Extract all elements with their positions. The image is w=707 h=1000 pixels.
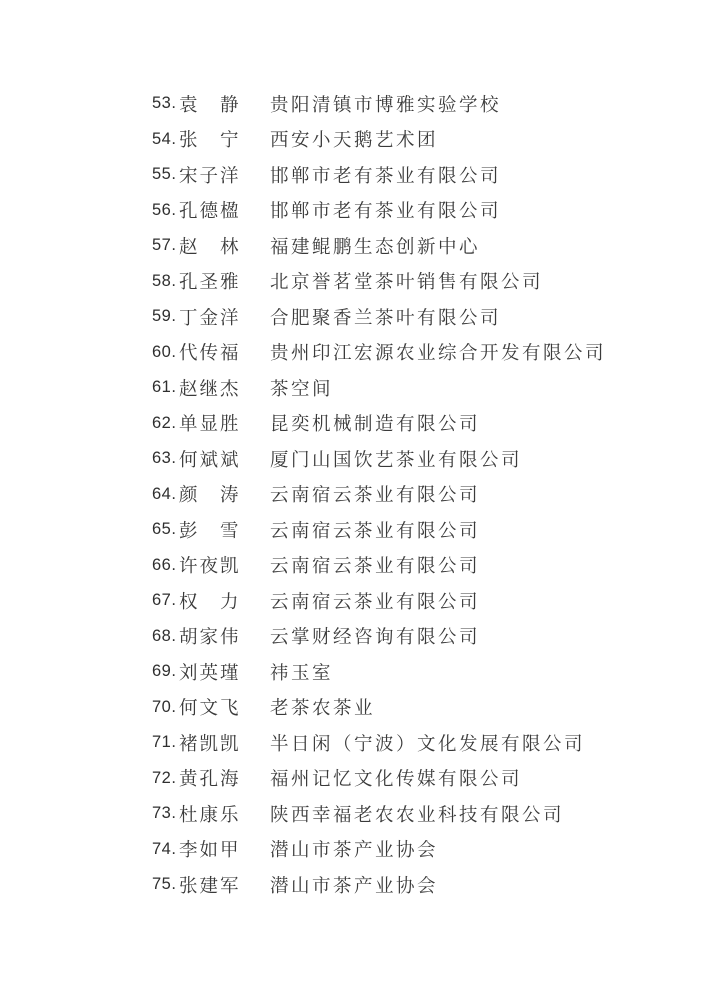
entry-organization: 合肥聚香兰茶叶有限公司 [270, 304, 501, 330]
list-item: 61. 赵继杰 茶空间 [152, 370, 667, 406]
entry-number: 54. [152, 130, 179, 149]
entry-name: 赵继杰 [179, 375, 270, 401]
entry-organization: 福州记忆文化传媒有限公司 [270, 765, 522, 791]
entry-organization: 潜山市茶产业协会 [270, 836, 438, 862]
entry-name: 杜康乐 [179, 801, 270, 827]
entry-organization: 邯郸市老有茶业有限公司 [270, 197, 501, 223]
entry-organization: 云南宿云茶业有限公司 [270, 588, 480, 614]
entry-number: 63. [152, 449, 179, 468]
list-item: 53. 袁 静 贵阳清镇市博雅实验学校 [152, 86, 667, 122]
entry-number: 75. [152, 875, 179, 894]
entry-organization: 云南宿云茶业有限公司 [270, 481, 480, 507]
entry-organization: 云南宿云茶业有限公司 [270, 552, 480, 578]
list-item: 64. 颜 涛 云南宿云茶业有限公司 [152, 477, 667, 513]
entry-number: 57. [152, 236, 179, 255]
entry-number: 58. [152, 272, 179, 291]
list-item: 73. 杜康乐 陕西幸福老农农业科技有限公司 [152, 796, 667, 832]
list-item: 54. 张 宁 西安小天鹅艺术团 [152, 122, 667, 158]
list-item: 72. 黄孔海 福州记忆文化传媒有限公司 [152, 761, 667, 797]
entry-name: 黄孔海 [179, 765, 270, 791]
entry-organization: 潜山市茶产业协会 [270, 872, 438, 898]
list-item: 69. 刘英瑾 祎玉室 [152, 654, 667, 690]
list-item: 59. 丁金洋 合肥聚香兰茶叶有限公司 [152, 299, 667, 335]
entry-name: 褚凯凯 [179, 730, 270, 756]
entry-name: 赵 林 [179, 233, 270, 259]
entry-name: 李如甲 [179, 836, 270, 862]
entry-organization: 昆奕机械制造有限公司 [270, 410, 480, 436]
entry-number: 68. [152, 627, 179, 646]
list-item: 56. 孔德楹 邯郸市老有茶业有限公司 [152, 193, 667, 229]
entry-organization: 福建鲲鹏生态创新中心 [270, 233, 480, 259]
entry-organization: 邯郸市老有茶业有限公司 [270, 162, 501, 188]
list-item: 57. 赵 林 福建鲲鹏生态创新中心 [152, 228, 667, 264]
entry-number: 65. [152, 520, 179, 539]
entry-name: 袁 静 [179, 91, 270, 117]
list-item: 58. 孔圣雅 北京誉茗堂茶叶销售有限公司 [152, 264, 667, 300]
entry-name: 代传福 [179, 339, 270, 365]
entry-number: 53. [152, 94, 179, 113]
entry-organization: 云南宿云茶业有限公司 [270, 517, 480, 543]
entry-organization: 云掌财经咨询有限公司 [270, 623, 480, 649]
list-item: 71. 褚凯凯 半日闲（宁波）文化发展有限公司 [152, 725, 667, 761]
entry-name: 单显胜 [179, 410, 270, 436]
list-item: 68. 胡家伟 云掌财经咨询有限公司 [152, 619, 667, 655]
entry-number: 55. [152, 165, 179, 184]
document-page: 53. 袁 静 贵阳清镇市博雅实验学校 54. 张 宁 西安小天鹅艺术团 55.… [0, 0, 707, 1000]
entry-number: 69. [152, 662, 179, 681]
entry-number: 62. [152, 414, 179, 433]
entry-organization: 祎玉室 [270, 659, 333, 685]
entry-name: 何斌斌 [179, 446, 270, 472]
entry-organization: 老茶农茶业 [270, 694, 375, 720]
entry-name: 权 力 [179, 588, 270, 614]
entry-organization: 半日闲（宁波）文化发展有限公司 [270, 730, 585, 756]
list-item: 66. 许夜凯 云南宿云茶业有限公司 [152, 548, 667, 584]
list-item: 74. 李如甲 潜山市茶产业协会 [152, 832, 667, 868]
entry-number: 71. [152, 733, 179, 752]
entry-name: 孔圣雅 [179, 268, 270, 294]
entry-organization: 贵州印江宏源农业综合开发有限公司 [270, 339, 606, 365]
entry-name: 丁金洋 [179, 304, 270, 330]
entry-name: 彭 雪 [179, 517, 270, 543]
list-item: 75. 张建军 潜山市茶产业协会 [152, 867, 667, 903]
list-item: 63. 何斌斌 厦门山国饮艺茶业有限公司 [152, 441, 667, 477]
entry-organization: 茶空间 [270, 375, 333, 401]
entry-organization: 厦门山国饮艺茶业有限公司 [270, 446, 522, 472]
entry-number: 61. [152, 378, 179, 397]
entry-name: 何文飞 [179, 694, 270, 720]
entry-organization: 北京誉茗堂茶叶销售有限公司 [270, 268, 543, 294]
list-item: 62. 单显胜 昆奕机械制造有限公司 [152, 406, 667, 442]
entry-organization: 贵阳清镇市博雅实验学校 [270, 91, 501, 117]
entry-name: 孔德楹 [179, 197, 270, 223]
list-item: 55. 宋子洋 邯郸市老有茶业有限公司 [152, 157, 667, 193]
entry-number: 64. [152, 485, 179, 504]
entry-number: 56. [152, 201, 179, 220]
entry-name: 张建军 [179, 872, 270, 898]
entry-name: 许夜凯 [179, 552, 270, 578]
entry-number: 70. [152, 698, 179, 717]
entry-number: 74. [152, 840, 179, 859]
entry-number: 72. [152, 769, 179, 788]
entry-organization: 西安小天鹅艺术团 [270, 126, 438, 152]
entry-number: 60. [152, 343, 179, 362]
entry-name: 颜 涛 [179, 481, 270, 507]
entry-number: 67. [152, 591, 179, 610]
entry-number: 59. [152, 307, 179, 326]
entry-number: 66. [152, 556, 179, 575]
entry-name: 张 宁 [179, 126, 270, 152]
entry-number: 73. [152, 804, 179, 823]
entry-name: 宋子洋 [179, 162, 270, 188]
list-item: 70. 何文飞 老茶农茶业 [152, 690, 667, 726]
list-item: 65. 彭 雪 云南宿云茶业有限公司 [152, 512, 667, 548]
roster-list: 53. 袁 静 贵阳清镇市博雅实验学校 54. 张 宁 西安小天鹅艺术团 55.… [152, 86, 667, 903]
entry-name: 胡家伟 [179, 623, 270, 649]
list-item: 67. 权 力 云南宿云茶业有限公司 [152, 583, 667, 619]
list-item: 60. 代传福 贵州印江宏源农业综合开发有限公司 [152, 335, 667, 371]
entry-organization: 陕西幸福老农农业科技有限公司 [270, 801, 564, 827]
entry-name: 刘英瑾 [179, 659, 270, 685]
